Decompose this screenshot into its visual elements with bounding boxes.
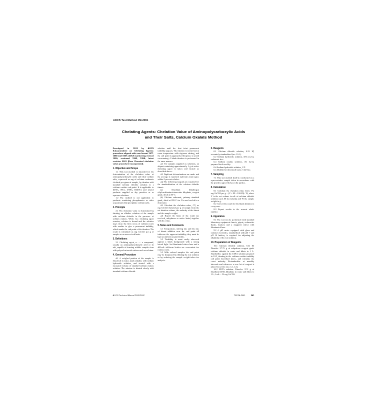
paragraph: Developed in 1974 by AOCS Subcommittee o…: [113, 147, 154, 165]
paragraph: 10.2 EDTA solution. Dissolve 37.2 g of d…: [211, 268, 254, 276]
paragraph: solution until the first faint permanent…: [158, 147, 199, 163]
paragraph: 5.3 With colored samples the end point m…: [158, 251, 199, 261]
paragraph: 10.1 Calcium chloride solution, 0.25 M. …: [211, 245, 254, 268]
footer-right: TM 1M-2001 241: [234, 294, 254, 296]
section-heading: 1. Objective and Scope: [113, 167, 154, 170]
page-number: 241: [251, 294, 254, 296]
page-content: AOCS Test Method 1M-2001 Chelating Agent…: [0, 0, 368, 420]
page-title-line2: and Their Salts, Calcium Oxalate Method: [113, 135, 254, 140]
section-heading: 4. General Procedure: [113, 254, 154, 257]
paragraph: 4.1 A weighed portion of the sample is d…: [113, 257, 154, 273]
footer-publication: AOCS Technical Manual 2001/2002: [113, 294, 145, 296]
section-heading: 2. Principle: [113, 206, 154, 209]
paragraph: 1.2 The method is not applicable to prod…: [113, 197, 154, 205]
footer-method-number: TM 1M-2001: [234, 294, 245, 296]
text-column: Developed in 1974 by AOCS Subcommittee o…: [113, 147, 154, 291]
section-heading: 5. Notes and Comments: [158, 224, 199, 227]
section-heading: 10. Preparation of Reagents: [211, 241, 254, 244]
paragraph: 5.2 Turbidity is most easily observed ag…: [158, 238, 199, 251]
paragraph: 4.6 Report the basis of the result (as r…: [158, 215, 199, 223]
paragraph: (b) Calcium carbonate, primary standard …: [158, 196, 199, 204]
section-heading: 3. Definitions: [113, 238, 154, 241]
paragraph: (a) Disodium dihydrogen ethylenediaminet…: [158, 189, 199, 197]
paragraph: 6.5 Distilled or deionized water, CO2 fr…: [211, 169, 254, 172]
paragraph: 4.5 Calculate the chelation value, CV, a…: [158, 204, 199, 214]
document-page: AOCS Test Method 1M-2001 Chelating Agent…: [0, 0, 368, 420]
paragraph: 4.3 Duplicate determinations are made an…: [158, 173, 199, 181]
paragraph: 4.4 The following reagents are required …: [158, 181, 199, 189]
section-heading: 7. Sampling: [211, 173, 254, 176]
section-heading: 8. Calculation: [211, 186, 254, 189]
paragraph: 1.1 This test method is intended for the…: [113, 171, 154, 197]
method-number: AOCS Test Method 1M-2001: [113, 119, 148, 122]
paragraph: 5.1 Temperature, stirring rate and the r…: [158, 228, 199, 238]
text-column: 6. Reagents6.1 Calcium chloride solution…: [211, 147, 254, 291]
paragraph: 2.1 The chelation value is determined by…: [113, 210, 154, 236]
page-title: Chelating Agents: Chelation Value of Ami…: [113, 129, 254, 140]
text-columns: Developed in 1974 by AOCS Subcommittee o…: [113, 147, 254, 291]
paragraph: 7.1 This test method shall be conducted …: [211, 177, 254, 185]
paragraph: 3.1 Chelating agent, n. — a compound, us…: [113, 241, 154, 251]
section-heading: 6. Reagents: [211, 147, 254, 150]
paragraph: 9.2 A pH meter equipped with glass and c…: [211, 229, 254, 239]
paragraph: 9.1 The test can be performed with stand…: [211, 219, 254, 229]
paragraph: 8.3 Report results to the nearest whole …: [211, 208, 254, 213]
paragraph: 8.1 Calculate the chelation value from: …: [211, 190, 254, 203]
text-column: solution until the first faint permanent…: [158, 147, 199, 291]
section-heading: 9. Apparatus: [211, 215, 254, 218]
page-footer: AOCS Technical Manual 2001/2002 TM 1M-20…: [113, 294, 254, 296]
paragraph: 4.2 For samples supplied as solutions, a…: [158, 163, 199, 173]
